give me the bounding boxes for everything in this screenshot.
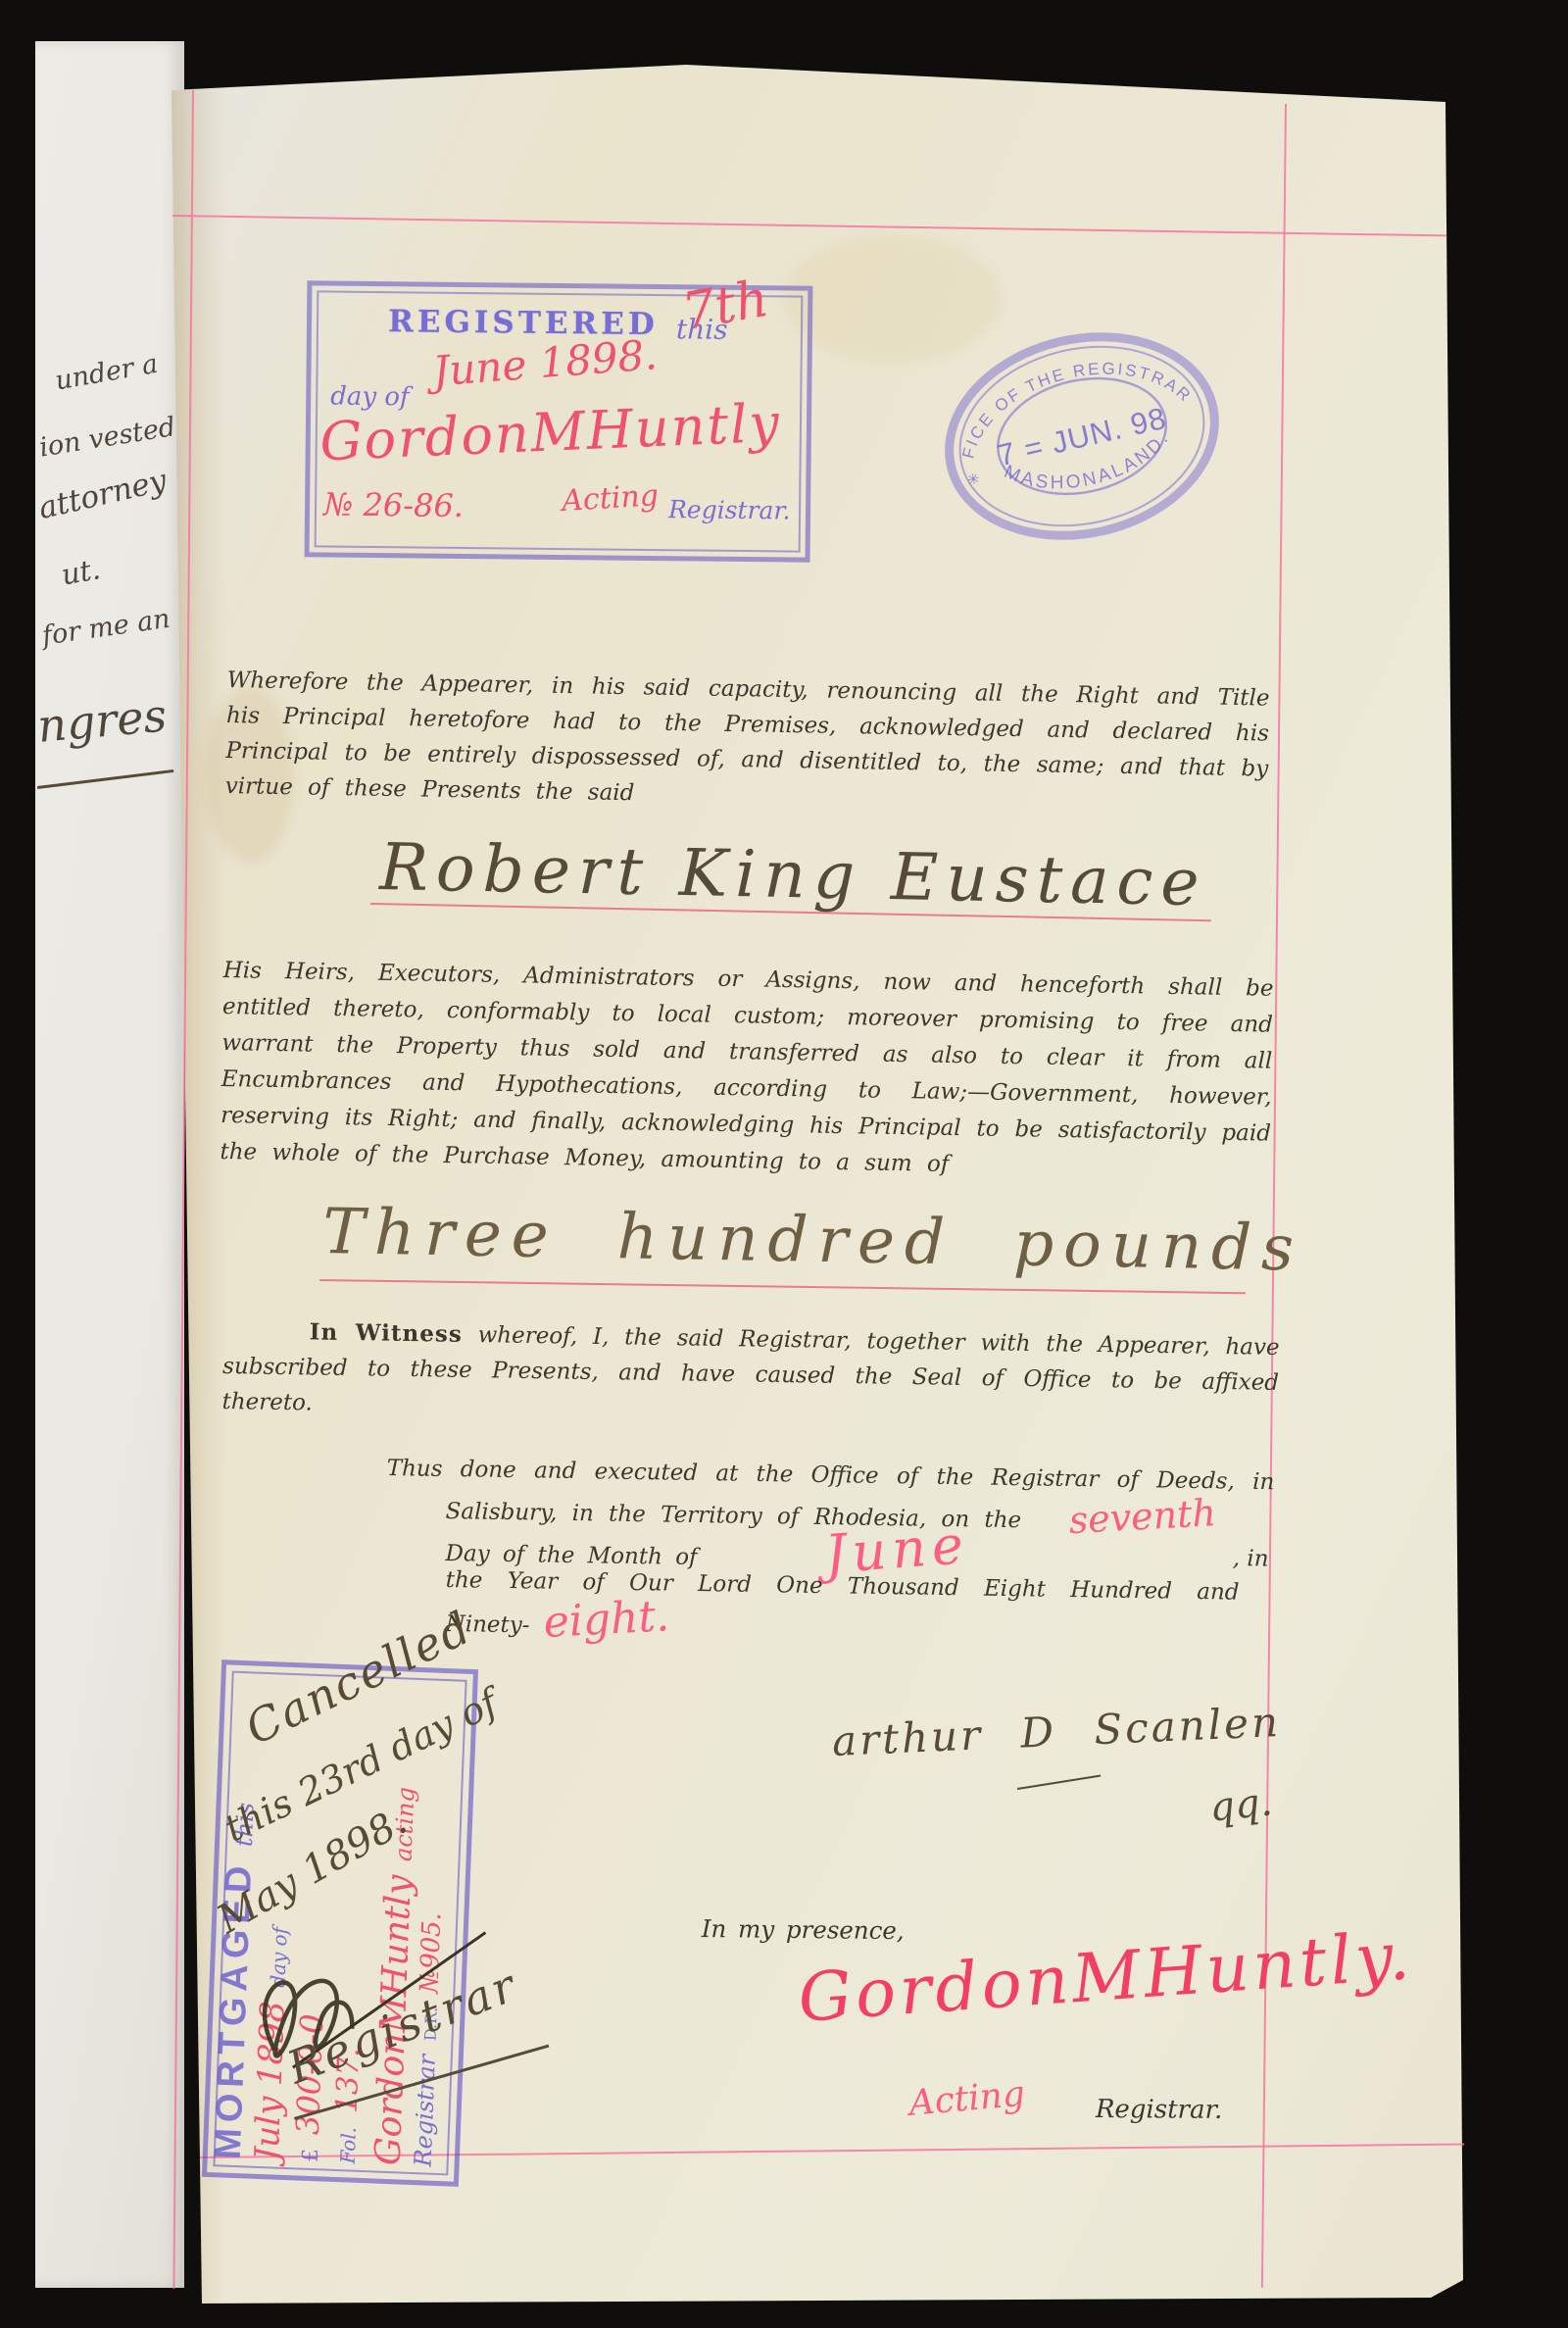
- witness-clause: In Witness whereof, I, the said Registra…: [221, 1313, 1280, 1436]
- registered-number-handwritten: № 26-86.: [323, 485, 464, 523]
- month-word-handwritten: June: [824, 1527, 970, 1572]
- appearer-initials: qq.: [1207, 1779, 1274, 1830]
- witness-lead: In Witness: [310, 1318, 463, 1347]
- handwriting-fragment: ut.: [59, 552, 103, 591]
- day-word-handwritten: seventh: [1067, 1495, 1216, 1538]
- mortgage-registrar-label: Registrar: [410, 2054, 441, 2167]
- mortgage-currency-label: £: [299, 2149, 324, 2163]
- handwriting-signature-fragment: ngres: [35, 689, 169, 753]
- handwriting-fragment: under a: [53, 349, 160, 397]
- year-word-handwritten: eight.: [543, 1599, 670, 1641]
- oval-office-stamp: OFFICE OF THE REGISTRAR OF MASHONALAND. …: [939, 331, 1225, 541]
- oval-stamp-asterisk: ✳: [965, 470, 981, 489]
- handwriting-fragment: for me an: [40, 604, 171, 652]
- registered-acting-handwritten: Acting: [561, 478, 660, 519]
- registrar-printed-label: Registrar.: [1096, 2092, 1223, 2128]
- execution-line3-end: , in: [1232, 1541, 1268, 1577]
- paragraph-heirs: His Heirs, Executors, Administrators or …: [220, 953, 1274, 1189]
- underlying-page: under a ion vested attorney ut. for me a…: [35, 41, 184, 2288]
- paragraph-wherefore: Wherefore the Appearer, in his said capa…: [224, 663, 1269, 822]
- handwriting-fragment: ion vested: [37, 412, 177, 464]
- registered-registrar-label: Registrar.: [668, 495, 791, 524]
- signature-underline: [37, 769, 173, 789]
- presence-label: In my presence,: [702, 1911, 905, 1949]
- execution-line5: Ninety-eight.: [445, 1600, 669, 1646]
- handwriting-fragment: attorney: [35, 463, 170, 526]
- mortgage-fol-label: Fol.: [336, 2126, 361, 2163]
